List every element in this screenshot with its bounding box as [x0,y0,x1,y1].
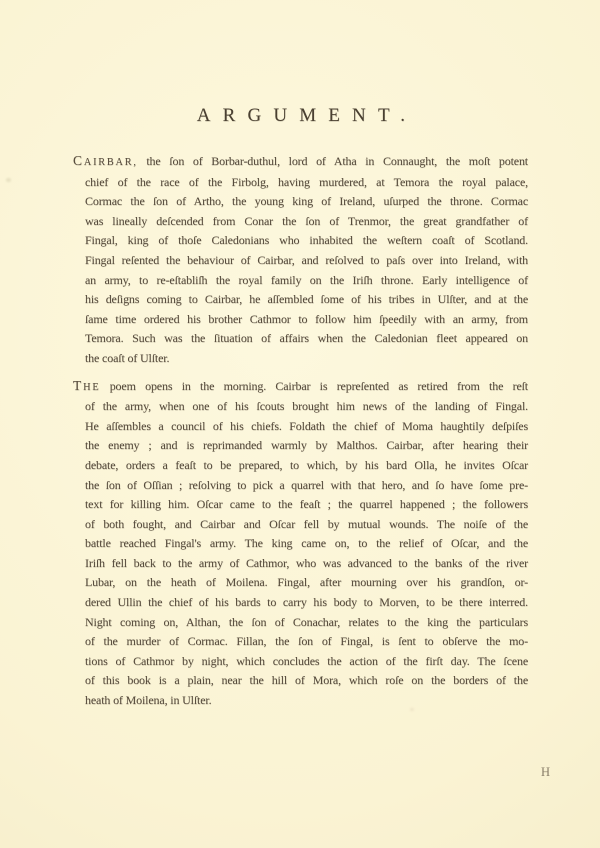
text-line: his deſigns coming to Cairbar, he aſſemb… [73,290,528,310]
text-line: Iriſh fell back to the army of Cathmor, … [73,554,528,574]
text-line: Fingal, king of thoſe Caledonians who in… [73,231,528,251]
text-line: Night coming on, Althan, the ſon of Cona… [73,613,528,633]
text-line: of the murder of Cormac. Fillan, the ſon… [73,632,528,652]
text-line: of both fought, and Cairbar and Oſcar fe… [73,515,528,535]
book-page: ARGUMENT. CAIRBAR, the ſon of Borbar-dut… [0,0,600,848]
text-line: He aſſembles a council of his chiefs. Fo… [73,417,528,437]
text-line: battle reached Fingal's army. The king c… [73,534,528,554]
text-line: an army, to re-eſtabliſh the royal famil… [73,271,528,291]
signature-mark: H [541,765,550,780]
text-line: dered Ullin the chief of his bards to ca… [73,593,528,613]
text-line: Lubar, on the heath of Moilena. Fingal, … [73,573,528,593]
text-line: THE poem opens in the morning. Cairbar i… [73,376,528,398]
text-line: of the army, when one of his ſcouts brou… [73,397,528,417]
text-line: chief of the race of the Firbolg, having… [73,173,528,193]
text-run: poem opens in the morning. Cairbar is re… [100,379,528,393]
text-line: heath of Moilena, in Ulſter. [73,691,528,711]
text-line: the ſon of Oſſian ; reſolving to pick a … [73,476,528,496]
text-line: Temora. Such was the ſituation of affair… [73,329,528,349]
text-line: ſame time ordered his brother Cathmor to… [73,310,528,330]
text-line: text for killing him. Oſcar came to the … [73,495,528,515]
text-line: was lineally deſcended from Conar the ſo… [73,212,528,232]
text-line: the coaſt of Ulſter. [73,349,528,369]
lead-small-caps: HE [83,382,100,393]
text-line: debate, orders a feaſt to be prepared, t… [73,456,528,476]
text-line: of this book is a plain, near the hill o… [73,671,528,691]
argument-paragraph-1: CAIRBAR, the ſon of Borbar-duthul, lord … [73,151,528,369]
argument-paragraph-2: THE poem opens in the morning. Cairbar i… [73,376,528,711]
text-line: the enemy ; and is reprimanded warmly by… [73,436,528,456]
argument-text-block: CAIRBAR, the ſon of Borbar-duthul, lord … [73,151,528,711]
text-line: tions of Cathmor by night, which conclud… [73,652,528,672]
paper-blemish [6,178,11,182]
text-run: the ſon of Borbar-duthul, lord of Atha i… [138,154,528,168]
paper-blemish [410,708,414,711]
text-line: CAIRBAR, the ſon of Borbar-duthul, lord … [73,151,528,173]
text-line: Fingal reſented the behaviour of Cairbar… [73,251,528,271]
text-line: Cormac the ſon of Artho, the young king … [73,192,528,212]
lead-capital: T [73,378,83,393]
lead-small-caps: AIRBAR, [84,157,138,168]
lead-capital: C [73,153,84,168]
page-title: ARGUMENT. [0,104,600,128]
